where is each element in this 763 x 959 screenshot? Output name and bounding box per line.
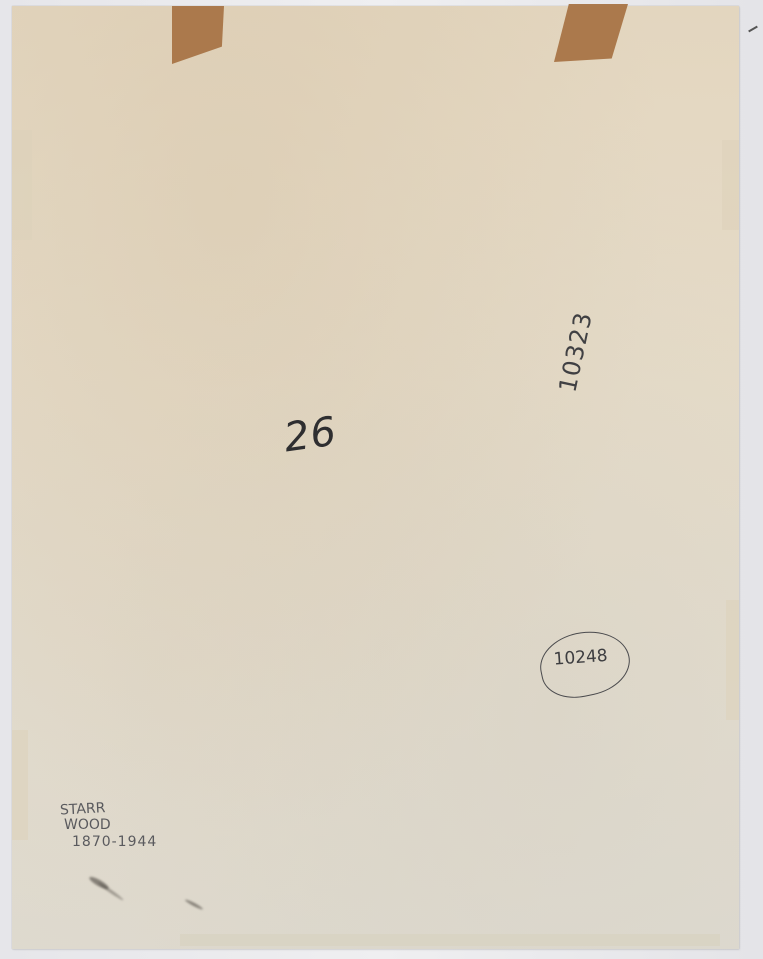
pencil-number-center: 26 bbox=[281, 409, 340, 462]
hinge-strip-right-lower bbox=[726, 600, 739, 720]
circled-number-text: 10248 bbox=[553, 646, 608, 670]
hinge-strip-left-lower bbox=[12, 730, 28, 840]
hinge-strip-right-upper bbox=[722, 140, 739, 230]
hinge-strip-bottom bbox=[180, 934, 720, 946]
hinge-strip-left-upper bbox=[12, 130, 32, 240]
artist-attribution: STARR WOOD 1870-1944 bbox=[60, 800, 157, 851]
artist-name-line2: WOOD bbox=[64, 817, 157, 834]
artist-dates: 1870-1944 bbox=[72, 834, 157, 851]
